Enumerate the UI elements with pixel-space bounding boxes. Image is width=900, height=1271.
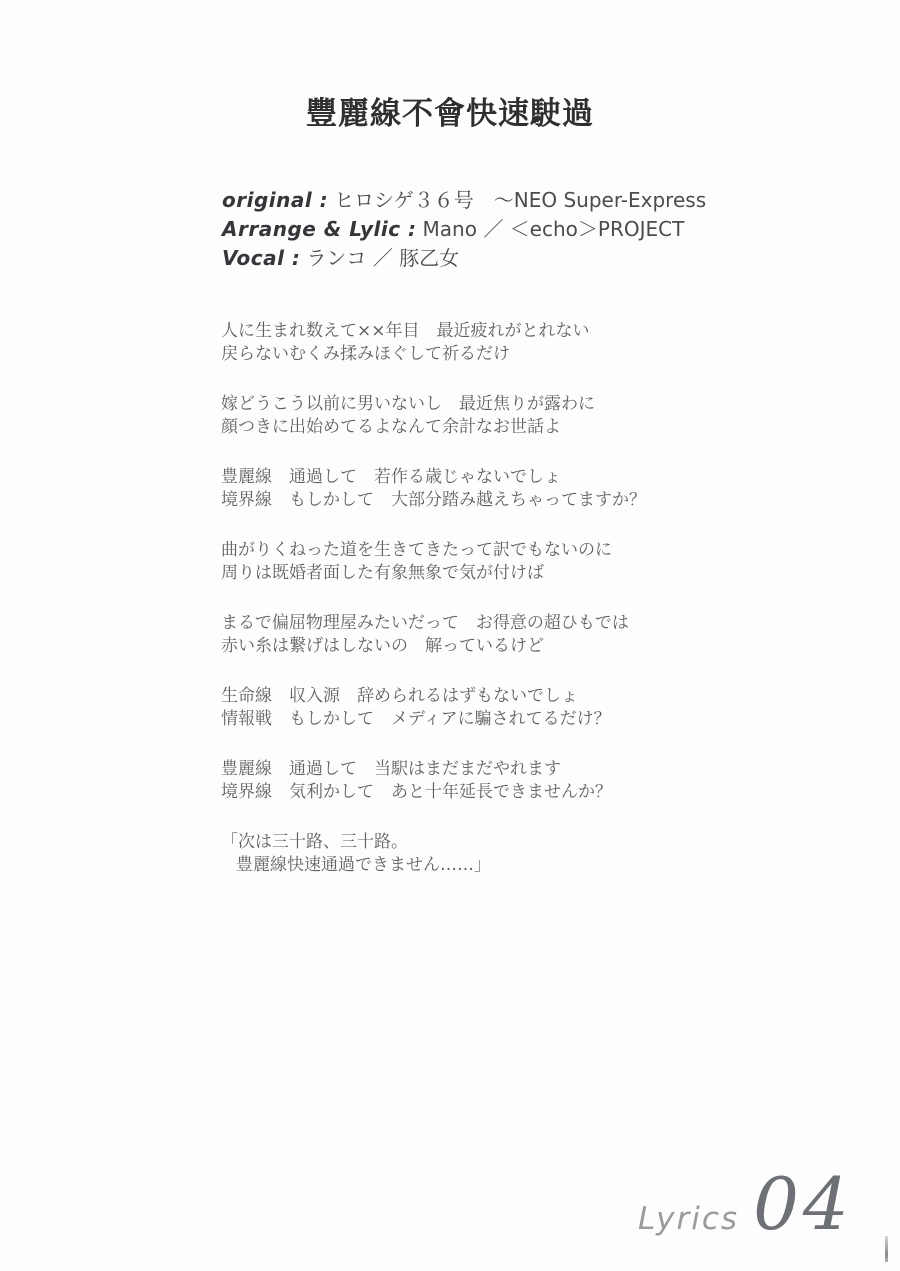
lyric-line: 顔つきに出始めてるよなんて余計なお世話よ — [221, 416, 646, 439]
lyric-line: 境界線 気利かして あと十年延長できませんか？ — [221, 781, 646, 804]
lyric-line: 周りは既婚者面した有象無象で気が付けば — [221, 562, 646, 585]
credit-value-arrange-lyric: Mano ／ ＜echo＞PROJECT — [423, 217, 685, 241]
lyric-line: 人に生まれ数えて××年目 最近疲れがとれない — [221, 320, 646, 343]
credit-line-original: original :ヒロシゲ３６号 ～NEO Super-Express — [222, 186, 706, 215]
credit-line-vocal: Vocal :ランコ ／ 豚乙女 — [222, 244, 706, 273]
stanza-4: 曲がりくねった道を生きてきたって訳でもないのに 周りは既婚者面した有象無象で気が… — [221, 539, 646, 585]
credits-block: original :ヒロシゲ３６号 ～NEO Super-Express Arr… — [222, 186, 706, 273]
stanza-3: 豊麗線 通過して 若作る歳じゃないでしょ 境界線 もしかして 大部分踏み越えちゃ… — [221, 466, 646, 512]
footer-lyrics-label: Lyrics — [638, 1201, 739, 1237]
lyric-line: 戻らないむくみ揉みほぐして祈るだけ — [221, 343, 646, 366]
credit-line-arrange-lyric: Arrange & Lylic :Mano ／ ＜echo＞PROJECT — [222, 215, 706, 244]
lyric-line: 「次は三十路、三十路。 — [221, 831, 646, 854]
credit-value-original: ヒロシゲ３６号 ～NEO Super-Express — [334, 188, 706, 212]
credit-value-vocal: ランコ ／ 豚乙女 — [306, 246, 459, 270]
lyric-line: 曲がりくねった道を生きてきたって訳でもないのに — [221, 539, 646, 562]
lyrics-body: 人に生まれ数えて××年目 最近疲れがとれない 戻らないむくみ揉みほぐして祈るだけ… — [221, 320, 646, 904]
lyric-line: 情報戦 もしかして メディアに騙されてるだけ？ — [221, 708, 646, 731]
scan-edge-artifact — [885, 1236, 888, 1262]
lyric-line: 境界線 もしかして 大部分踏み越えちゃってますか？ — [221, 489, 646, 512]
lyrics-booklet-page: 豐麗線不會快速駛過 original :ヒロシゲ３６号 ～NEO Super-E… — [0, 0, 900, 1271]
stanza-5: まるで偏屈物理屋みたいだって お得意の超ひもでは 赤い糸は繋げはしないの 解って… — [221, 612, 646, 658]
lyric-line: 豊麗線 通過して 若作る歳じゃないでしょ — [221, 466, 646, 489]
stanza-closing-quote: 「次は三十路、三十路。 豊麗線快速通過できません……」 — [221, 831, 646, 877]
credit-label-original: original : — [222, 188, 328, 212]
lyric-line: 嫁どうこう以前に男いないし 最近焦りが露わに — [221, 393, 646, 416]
stanza-2: 嫁どうこう以前に男いないし 最近焦りが露わに 顔つきに出始めてるよなんて余計なお… — [221, 393, 646, 439]
lyric-line: 生命線 収入源 辞められるはずもないでしょ — [221, 685, 646, 708]
lyric-line: まるで偏屈物理屋みたいだって お得意の超ひもでは — [221, 612, 646, 635]
song-title: 豐麗線不會快速駛過 — [0, 88, 900, 133]
stanza-1: 人に生まれ数えて××年目 最近疲れがとれない 戻らないむくみ揉みほぐして祈るだけ — [221, 320, 646, 366]
credit-label-arrange-lyric: Arrange & Lylic : — [222, 217, 417, 241]
lyric-line: 赤い糸は繋げはしないの 解っているけど — [221, 635, 646, 658]
page-footer: Lyrics 04 — [638, 1162, 888, 1246]
lyric-line: 豊麗線快速通過できません……」 — [221, 854, 646, 877]
credit-label-vocal: Vocal : — [222, 246, 300, 270]
stanza-7: 豊麗線 通過して 当駅はまだまだやれます 境界線 気利かして あと十年延長できま… — [221, 758, 646, 804]
footer-page-number: 04 — [753, 1162, 853, 1246]
stanza-6: 生命線 収入源 辞められるはずもないでしょ 情報戦 もしかして メディアに騙され… — [221, 685, 646, 731]
lyric-line: 豊麗線 通過して 当駅はまだまだやれます — [221, 758, 646, 781]
